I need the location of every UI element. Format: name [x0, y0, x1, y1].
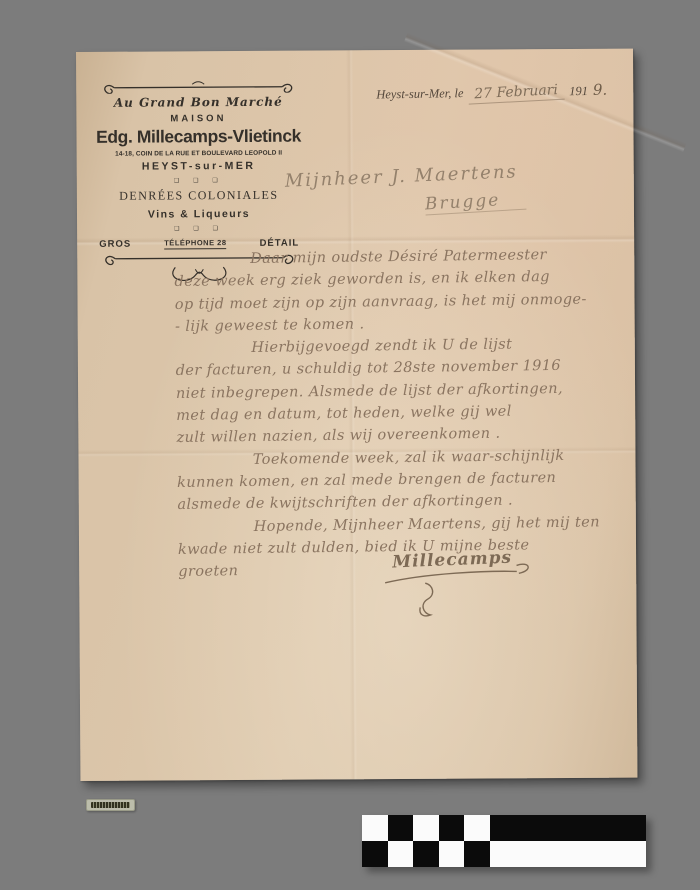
dateline-printed-place: Heyst-sur-Mer, le: [376, 86, 463, 102]
mini-ruler-tick-band: [91, 802, 130, 808]
scale-square: [388, 815, 414, 841]
scale-square: [413, 841, 439, 867]
letter-body: Daar mijn oudste Désiré Patermeester dez…: [174, 243, 626, 583]
letter-paper: Au Grand Bon Marché MAISON Edg. Millecam…: [76, 49, 637, 781]
letterhead-tagline: Au Grand Bon Marché: [92, 95, 304, 110]
checkerboard-scale-bar: [362, 815, 646, 867]
letterhead-maison: MAISON: [92, 113, 304, 125]
letterhead-company-name: Edg. Millecamps-Vlietinck: [92, 126, 304, 148]
photo-stage: Au Grand Bon Marché MAISON Edg. Millecam…: [0, 0, 700, 890]
dateline-handwritten-date: 27 Februari: [468, 82, 564, 105]
mini-ruler-artifact: [86, 799, 135, 811]
scale-square: [362, 815, 388, 841]
scale-bar-bottom-row: [362, 841, 646, 867]
dateline: Heyst-sur-Mer, le 27 Februari 191 9.: [376, 80, 628, 104]
signature-block: Millecamps: [366, 546, 559, 623]
scale-square: [439, 841, 465, 867]
scale-square: [464, 841, 490, 867]
scale-bar-segment: [490, 815, 647, 841]
scale-square: [439, 815, 465, 841]
scale-square: [388, 841, 414, 867]
letterhead-top-flourish-ornament: [98, 79, 298, 94]
letterhead-gros: GROS: [99, 239, 131, 250]
scale-square: [464, 815, 490, 841]
scale-square: [362, 841, 388, 867]
dateline-handwritten-year-digit: 9.: [593, 81, 608, 99]
letterhead-ornament-squares-2: ❑ ❑ ❑: [93, 225, 305, 233]
letterhead-city: HEYST-sur-MER: [93, 160, 305, 173]
letterhead-trade-line1: DENRÉES COLONIALES: [93, 188, 305, 204]
scale-bar-top-row: [362, 815, 646, 841]
scale-square: [413, 815, 439, 841]
letterhead-ornament-squares-1: ❑ ❑ ❑: [93, 177, 305, 185]
dateline-printed-year: 191: [569, 84, 588, 99]
recipient-city: Brugge: [424, 189, 526, 216]
letterhead-trade-line2: Vins & Liqueurs: [93, 208, 305, 221]
scale-bar-segment: [490, 841, 647, 867]
letterhead-street-address: 14-18, COIN DE LA RUE ET BOULEVARD LEOPO…: [101, 150, 296, 158]
recipient-name: Mijnheer J. Maertens: [284, 161, 518, 192]
